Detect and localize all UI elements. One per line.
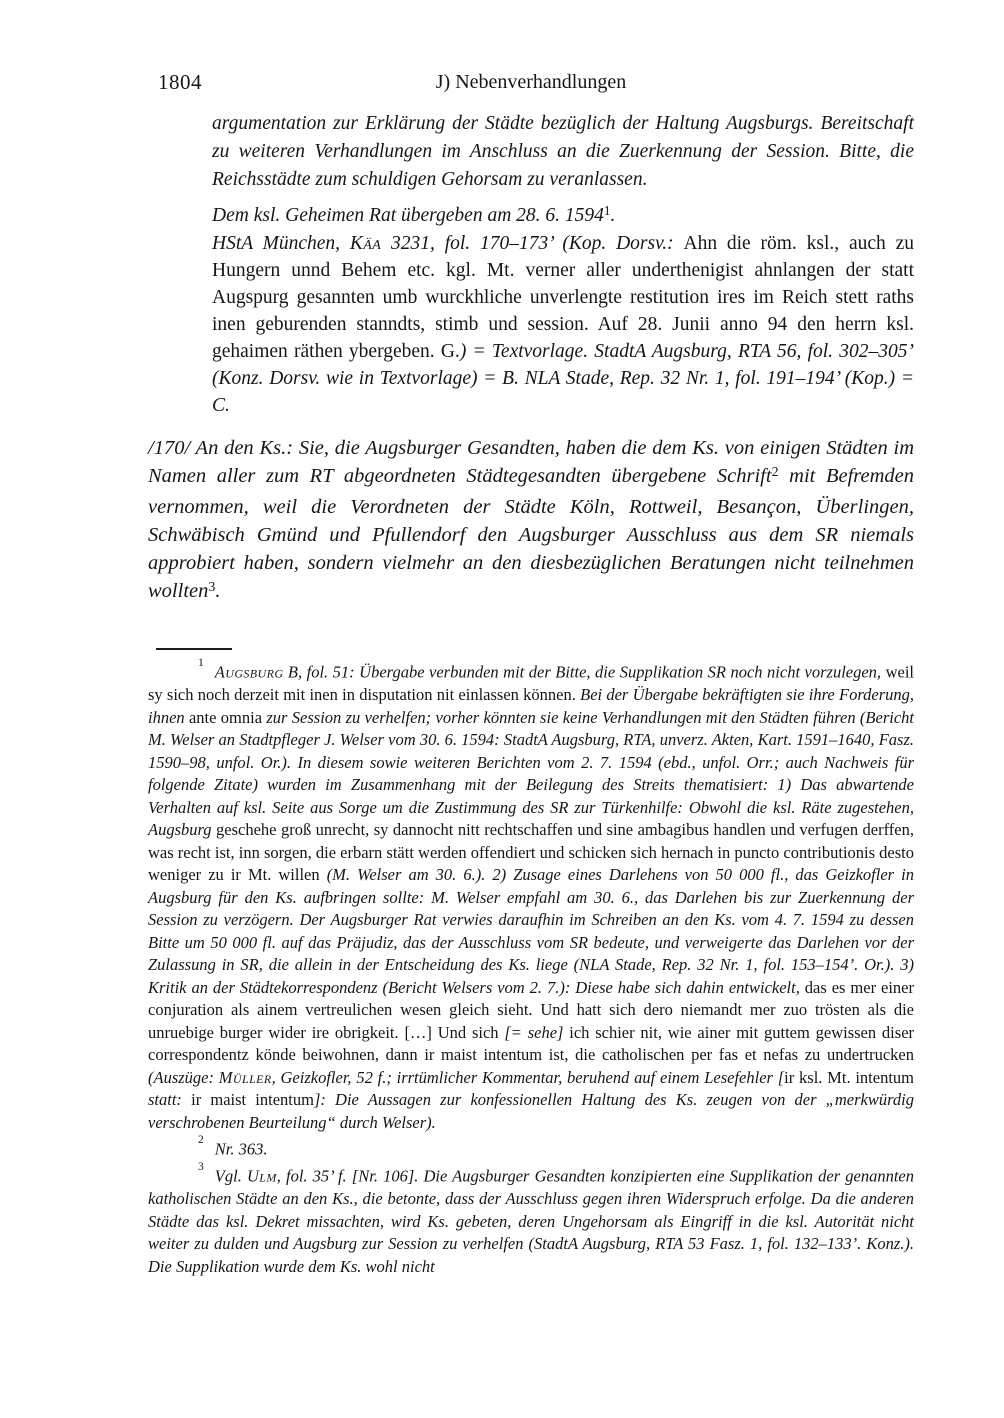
book-page: 1804 J) Nebenverhandlungen argumentation… [0,0,1004,1418]
footnote-text: Nr. 363. [215,1140,268,1159]
page-header: 1804 J) Nebenverhandlungen [148,70,914,98]
footnote-marker: 2 [198,1134,204,1146]
running-head: J) Nebenverhandlungen [148,71,914,94]
delivery-note: Dem ksl. Geheimen Rat übergeben am 28. 6… [148,202,914,230]
footnote-marker: 1 [198,657,204,669]
footnote-marker: 3 [198,1161,204,1173]
body-paragraph: /170/ An den Ks.: Sie, die Augsburger Ge… [148,434,914,608]
text-column: 1804 J) Nebenverhandlungen argumentation… [148,70,914,1278]
footnote: 1Augsburg B, fol. 51: Übergabe verbunden… [148,657,914,1134]
provenance-note: HStA München, Käa 3231, fol. 170–173’ (K… [148,230,914,419]
footnotes-section: 1Augsburg B, fol. 51: Übergabe verbunden… [148,657,914,1278]
footnote: 2Nr. 363. [148,1134,914,1161]
footnote-divider [156,648,232,650]
footnote: 3Vgl. Ulm, fol. 35’ f. [Nr. 106]. Die Au… [148,1161,914,1278]
footnote-text: Augsburg B, fol. 51: Übergabe verbunden … [148,663,914,1132]
footnote-text: Vgl. Ulm, fol. 35’ f. [Nr. 106]. Die Aug… [148,1167,914,1276]
summary-paragraph: argumentation zur Erklärung der Städte b… [148,110,914,194]
